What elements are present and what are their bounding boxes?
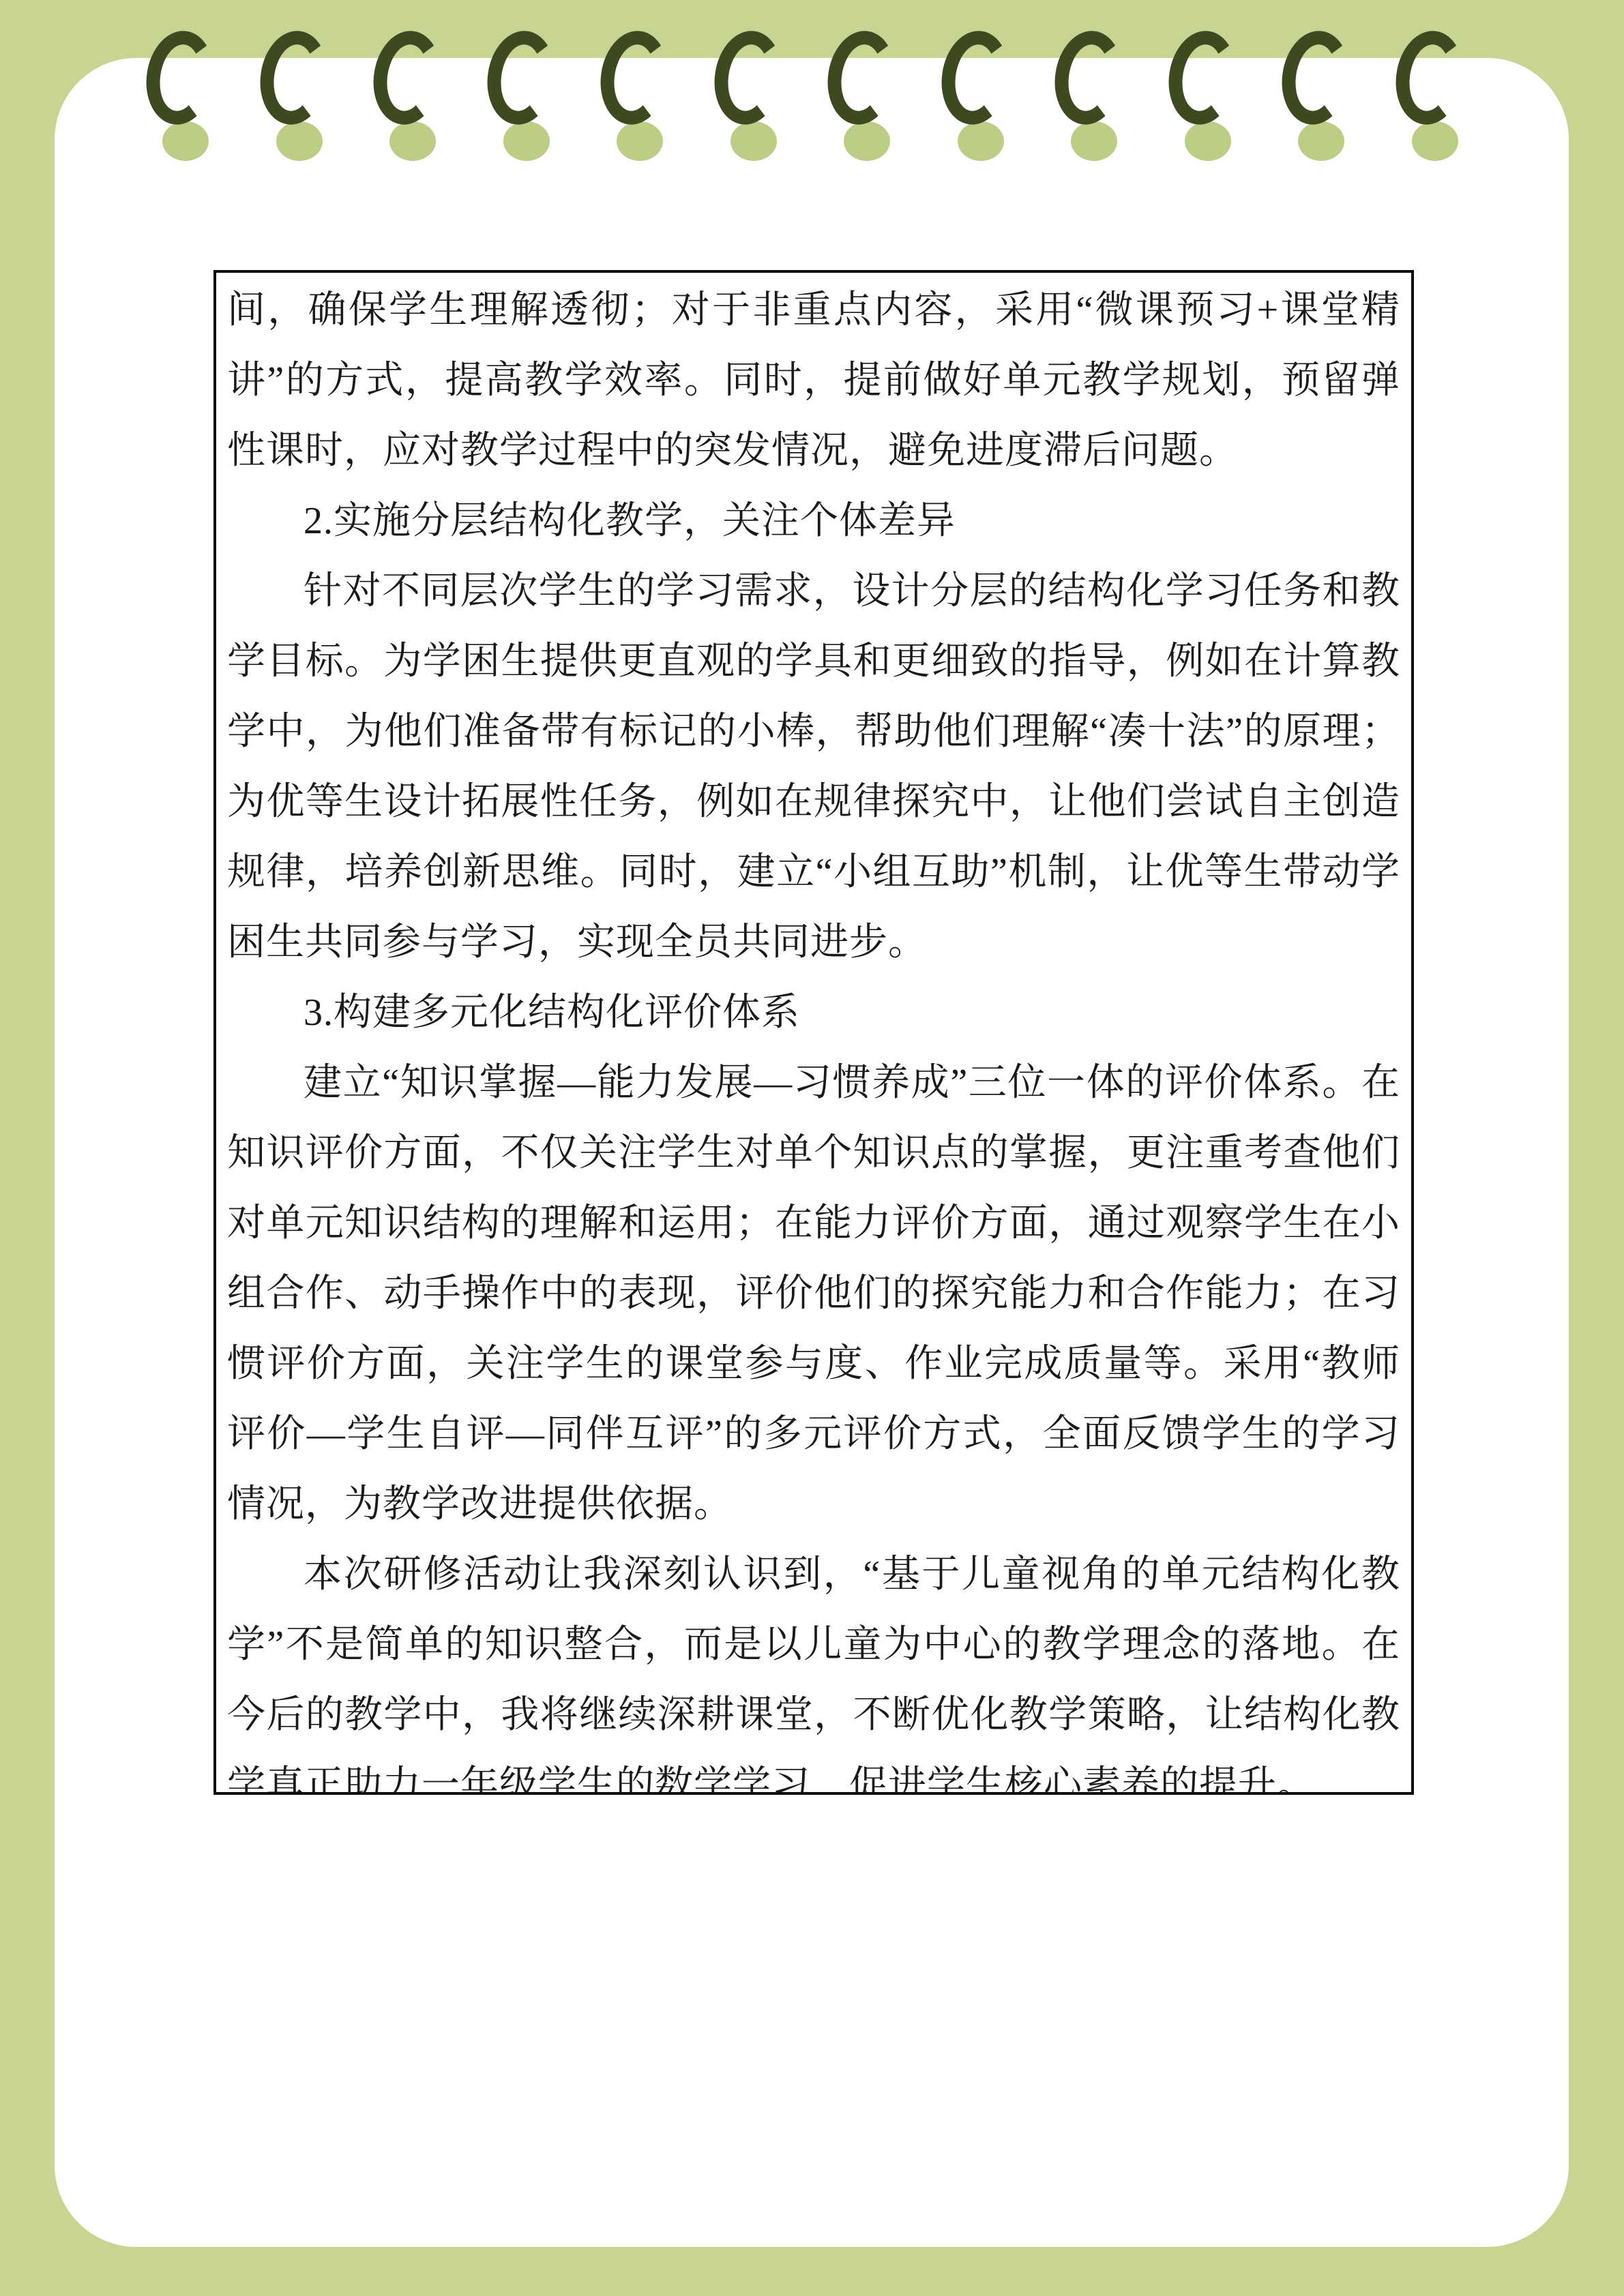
spiral-ring-icon <box>141 27 220 129</box>
content-box: 间，确保学生理解透彻；对于非重点内容，采用“微课预习+课堂精讲”的方式，提高教学… <box>213 270 1414 1795</box>
binder-hole-icon <box>730 121 777 161</box>
spiral-ring-icon <box>935 27 1014 129</box>
spiral-ring-icon <box>1162 27 1241 129</box>
binder-hole-icon <box>617 121 663 161</box>
binder-hole-icon <box>276 121 323 161</box>
paragraph: 2.实施分层结构化教学，关注个体差异 <box>227 486 1400 556</box>
spiral-ring-icon <box>708 27 787 129</box>
binder-hole-icon <box>503 121 550 161</box>
spiral-ring-icon <box>481 27 560 129</box>
spiral-ring-icon <box>822 27 901 129</box>
paragraph: 3.构建多元化结构化评价体系 <box>227 978 1400 1048</box>
notebook-background: 间，确保学生理解透彻；对于非重点内容，采用“微课预习+课堂精讲”的方式，提高教学… <box>0 0 1624 2296</box>
binder-hole-icon <box>1071 121 1117 161</box>
paragraph: 间，确保学生理解透彻；对于非重点内容，采用“微课预习+课堂精讲”的方式，提高教学… <box>227 275 1400 486</box>
spiral-ring-icon <box>1276 27 1355 129</box>
binder-hole-icon <box>958 121 1004 161</box>
spiral-binding <box>0 0 1624 205</box>
paragraph: 本次研修活动让我深刻认识到，“基于儿童视角的单元结构化教学”不是简单的知识整合，… <box>227 1540 1400 1795</box>
paragraph: 针对不同层次学生的学习需求，设计分层的结构化学习任务和教学目标。为学困生提供更直… <box>227 556 1400 978</box>
binder-hole-icon <box>389 121 436 161</box>
spiral-ring-icon <box>368 27 447 129</box>
paragraph-container: 间，确保学生理解透彻；对于非重点内容，采用“微课预习+课堂精讲”的方式，提高教学… <box>227 275 1400 1795</box>
binder-hole-icon <box>1412 121 1458 161</box>
binder-hole-icon <box>1185 121 1231 161</box>
spiral-ring-icon <box>254 27 333 129</box>
binder-hole-icon <box>844 121 890 161</box>
spiral-ring-icon <box>595 27 674 129</box>
binder-hole-icon <box>162 121 209 161</box>
spiral-ring-icon <box>1049 27 1128 129</box>
binder-hole-icon <box>1298 121 1344 161</box>
spiral-ring-icon <box>1389 27 1468 129</box>
paragraph: 建立“知识掌握—能力发展—习惯养成”三位一体的评价体系。在知识评价方面，不仅关注… <box>227 1048 1400 1540</box>
